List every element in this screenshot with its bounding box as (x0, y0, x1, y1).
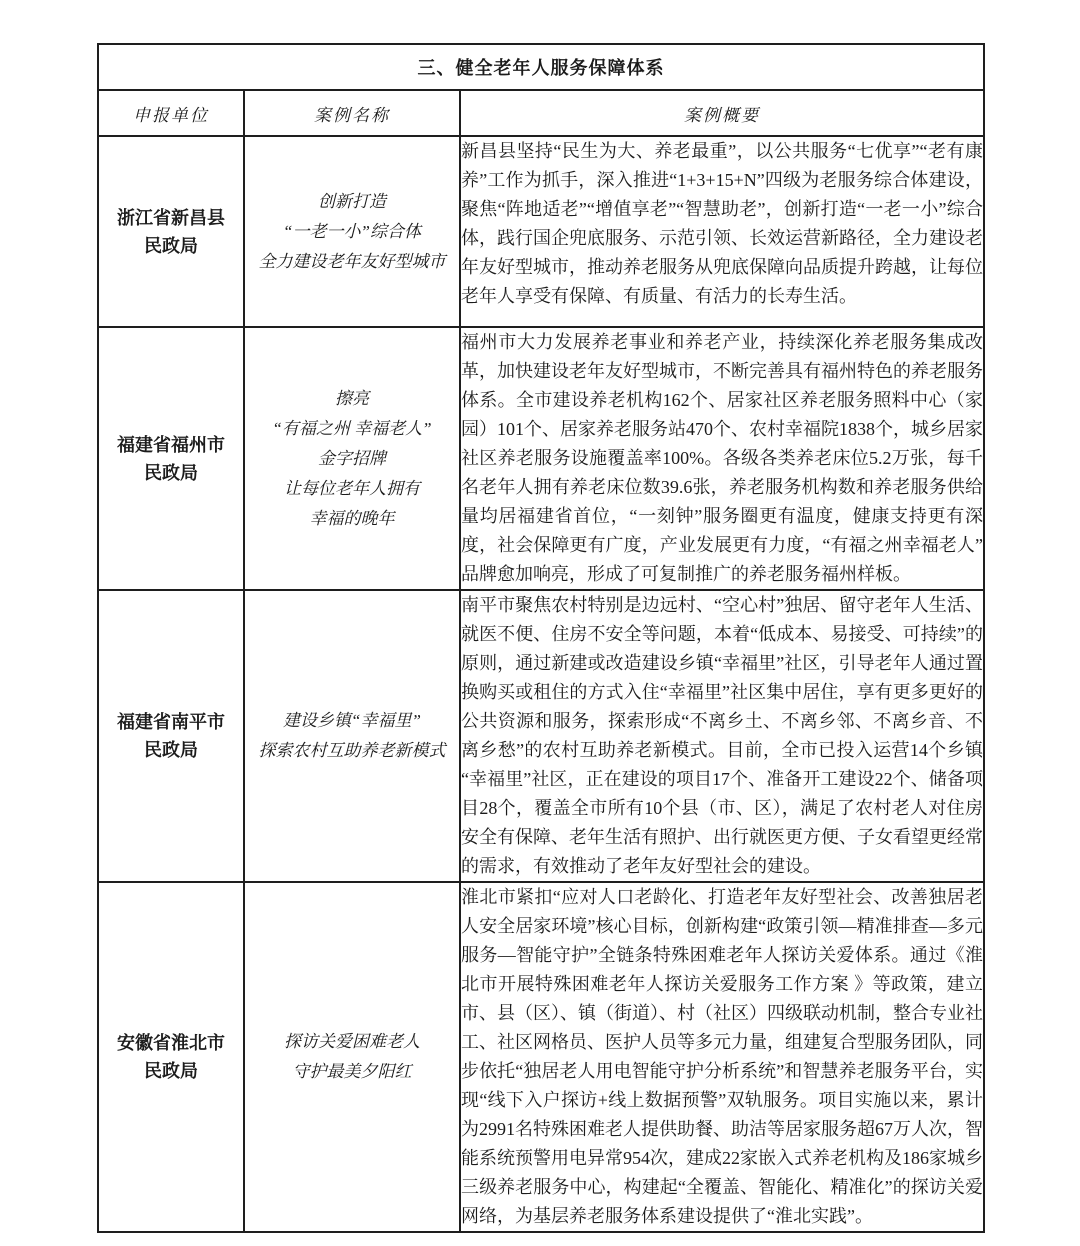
unit-name: 安徽省淮北市 民政局 (98, 882, 244, 1232)
unit-name: 福建省福州市 民政局 (98, 327, 244, 590)
unit-name: 福建省南平市 民政局 (98, 590, 244, 882)
case-summary: 南平市聚焦农村特别是边远村、“空心村”独居、留守老年人生活、就医不便、住房不安全… (460, 590, 984, 882)
column-header-case-name: 案例名称 (244, 90, 460, 136)
section-title: 三、健全老年人服务保障体系 (98, 44, 984, 90)
table-row: 福建省福州市 民政局 擦亮 “有福之州 幸福老人” 金字招牌 让每位老年人拥有 … (98, 327, 984, 590)
case-summary: 福州市大力发展养老事业和养老产业，持续深化养老服务集成改革，加快建设老年友好型城… (460, 327, 984, 590)
case-table: 三、健全老年人服务保障体系 申报单位 案例名称 案例概要 浙江省新昌县 民政局 … (97, 43, 985, 1233)
column-header-unit: 申报单位 (98, 90, 244, 136)
case-name: 创新打造 “一老一小”综合体 全力建设老年友好型城市 (244, 136, 460, 327)
table-row: 安徽省淮北市 民政局 探访关爱困难老人 守护最美夕阳红 淮北市紧扣“应对人口老龄… (98, 882, 984, 1232)
table-row: 浙江省新昌县 民政局 创新打造 “一老一小”综合体 全力建设老年友好型城市 新昌… (98, 136, 984, 327)
case-name: 建设乡镇“幸福里” 探索农村互助养老新模式 (244, 590, 460, 882)
case-summary: 新昌县坚持“民生为大、养老最重”，以公共服务“七优享”“老有康养”工作为抓手，深… (460, 136, 984, 327)
case-summary: 淮北市紧扣“应对人口老龄化、打造老年友好型社会、改善独居老人安全居家环境”核心目… (460, 882, 984, 1232)
case-name: 擦亮 “有福之州 幸福老人” 金字招牌 让每位老年人拥有 幸福的晚年 (244, 327, 460, 590)
table-title-row: 三、健全老年人服务保障体系 (98, 44, 984, 90)
table-row: 福建省南平市 民政局 建设乡镇“幸福里” 探索农村互助养老新模式 南平市聚焦农村… (98, 590, 984, 882)
column-header-case-summary: 案例概要 (460, 90, 984, 136)
table-header-row: 申报单位 案例名称 案例概要 (98, 90, 984, 136)
document-page: { "table": { "title": "三、健全老年人服务保障体系", "… (0, 0, 1080, 1246)
unit-name: 浙江省新昌县 民政局 (98, 136, 244, 327)
case-name: 探访关爱困难老人 守护最美夕阳红 (244, 882, 460, 1232)
